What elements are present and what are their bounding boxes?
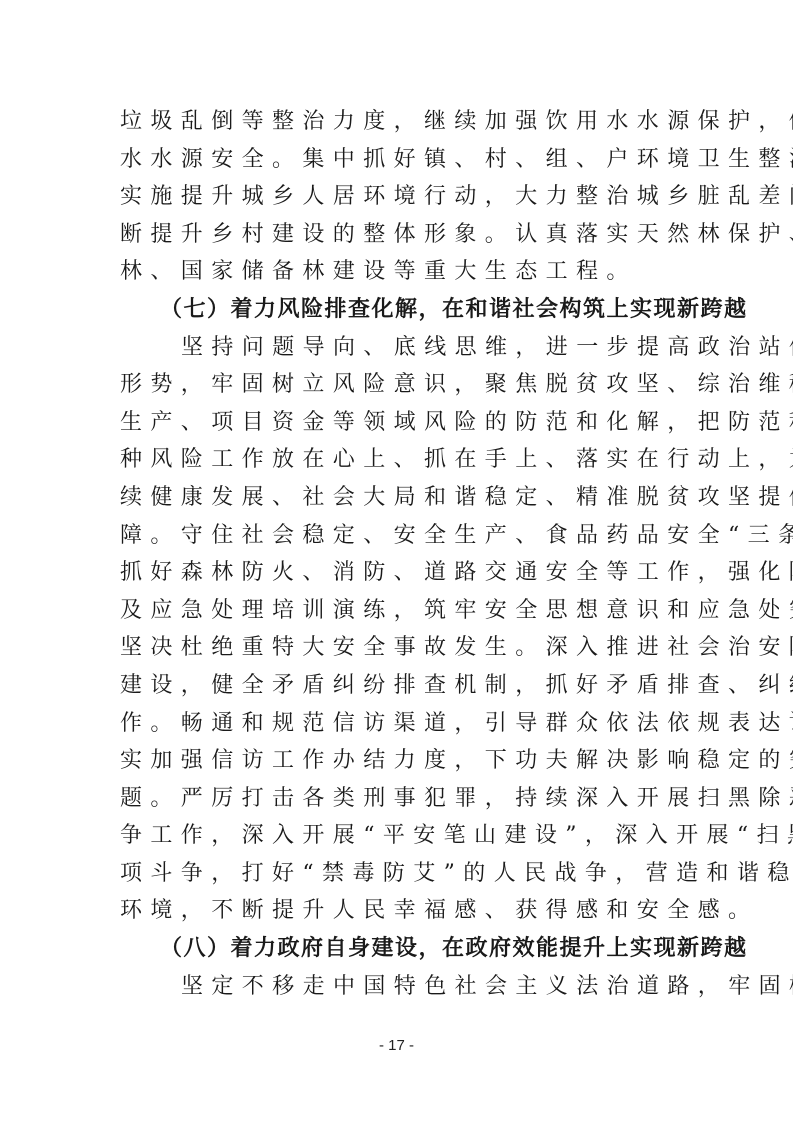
text-line: 争工作，深入开展“平安笔山建设”，深入开展“扫黑除恶”专	[120, 817, 680, 855]
text-line: 实加强信访工作办结力度，下功夫解决影响稳定的突出问	[120, 742, 680, 780]
text-line: 抓好森林防火、消防、道路交通安全等工作，强化防灾减灾	[120, 554, 680, 592]
text-line: 实施提升城乡人居环境行动，大力整治城乡脏乱差问题，不	[120, 178, 680, 216]
text-line: 作。畅通和规范信访渠道，引导群众依法依规表达诉求，切	[120, 705, 680, 743]
text-line: 林、国家储备林建设等重大生态工程。	[120, 253, 680, 291]
text-line: 水水源安全。集中抓好镇、村、组、户环境卫生整治，全面	[120, 141, 680, 179]
text-line: 形势，牢固树立风险意识，聚焦脱贫攻坚、综治维稳、安全	[120, 366, 680, 404]
section-heading-7: （七）着力风险排查化解，在和谐社会构筑上实现新跨越	[120, 291, 680, 329]
document-page: 垃圾乱倒等整治力度，继续加强饮用水水源保护，保障饮用 水水源安全。集中抓好镇、村…	[0, 0, 793, 1122]
text-line: 续健康发展、社会大局和谐稳定、精准脱贫攻坚提供服务保	[120, 479, 680, 517]
page-number: - 17 -	[0, 1037, 793, 1054]
text-line: 断提升乡村建设的整体形象。认真落实天然林保护、退耕还	[120, 216, 680, 254]
text-line: 项斗争，打好“禁毒防艾”的人民战争，营造和谐稳定的发展	[120, 855, 680, 893]
text-line: 生产、项目资金等领域风险的防范和化解，把防范和化解各	[120, 404, 680, 442]
paragraph-start: 坚持问题导向、底线思维，进一步提高政治站位，认清	[120, 329, 680, 367]
text-line: 障。守住社会稳定、安全生产、食品药品安全“三条底线”，	[120, 517, 680, 555]
text-line: 坚决杜绝重特大安全事故发生。深入推进社会治安防控体系	[120, 629, 680, 667]
text-line: 题。严厉打击各类刑事犯罪，持续深入开展扫黑除恶专项斗	[120, 780, 680, 818]
body-text: 垃圾乱倒等整治力度，继续加强饮用水水源保护，保障饮用 水水源安全。集中抓好镇、村…	[120, 103, 680, 1005]
text-line: 环境，不断提升人民幸福感、获得感和安全感。	[120, 892, 680, 930]
section-heading-8: （八）着力政府自身建设，在政府效能提升上实现新跨越	[120, 930, 680, 968]
text-line: 建设，健全矛盾纠纷排查机制，抓好矛盾排查、纠纷化解工	[120, 667, 680, 705]
text-line: 垃圾乱倒等整治力度，继续加强饮用水水源保护，保障饮用	[120, 103, 680, 141]
paragraph-start: 坚定不移走中国特色社会主义法治道路，牢固树立法治	[120, 968, 680, 1006]
text-line: 种风险工作放在心上、抓在手上、落实在行动上，为经济持	[120, 441, 680, 479]
text-line: 及应急处理培训演练，筑牢安全思想意识和应急处突能力，	[120, 592, 680, 630]
